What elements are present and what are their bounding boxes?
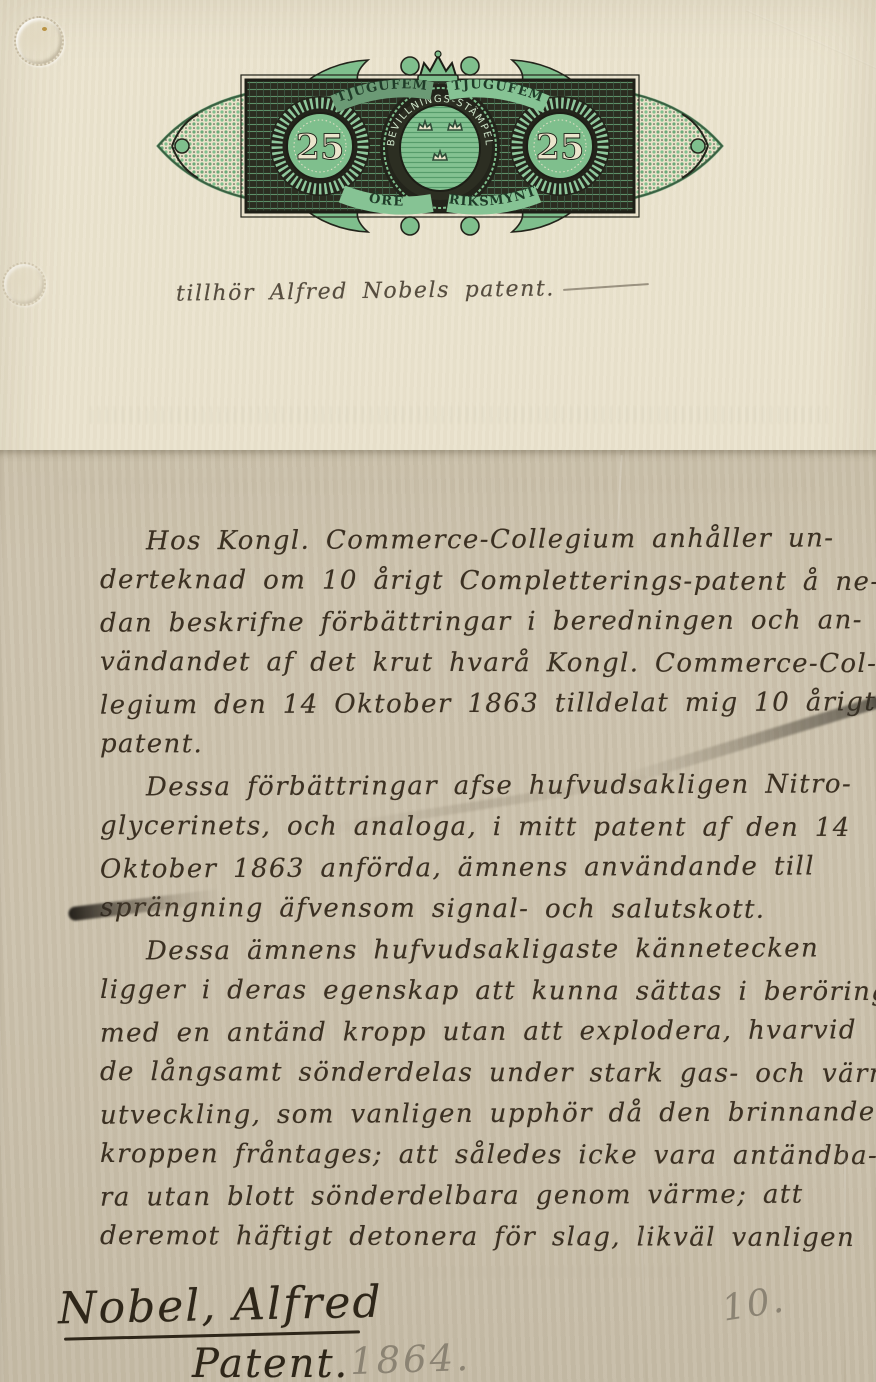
- paper-crease: [746, 10, 876, 73]
- handwritten-line: sprängning äfvensom signal- och salutsko…: [100, 888, 830, 931]
- embossed-seal-icon: [14, 16, 64, 66]
- handwritten-line: vändandet af det krut hvarå Kongl. Comme…: [100, 642, 830, 685]
- denomination-left: 25: [296, 127, 345, 168]
- archive-year-pencil: 1864.: [349, 1336, 471, 1382]
- revenue-stamp: 25 25 BEVILLNINGS-STÄMPEL: [148, 30, 732, 262]
- handwritten-line: de långsamt sönderdelas under stark gas-…: [100, 1052, 830, 1095]
- center-medallion: BEVILLNINGS-STÄMPEL: [380, 84, 500, 212]
- document-scan: 25 25 BEVILLNINGS-STÄMPEL: [0, 0, 876, 1382]
- handwritten-line: utveckling, som vanligen upphör då den b…: [100, 1092, 830, 1136]
- denomination-left-rosette: 25: [270, 96, 370, 196]
- handwritten-line: med en antänd kropp utan att explodera, …: [100, 1010, 830, 1054]
- embossed-seal-icon: [2, 262, 46, 306]
- handwritten-line: ra utan blott sönderdelbara genom värme;…: [100, 1174, 830, 1218]
- handwritten-line: Oktober 1863 anförda, ämnens användande …: [100, 846, 830, 890]
- handwritten-line: derteknad om 10 årigt Completterings-pat…: [100, 560, 830, 603]
- handwritten-line: Dessa ämnens hufvudsakligaste kännetecke…: [100, 928, 830, 972]
- denomination-right: 25: [536, 127, 585, 168]
- archive-category: Patent.: [192, 1341, 349, 1382]
- handwritten-line: kroppen fråntages; att således icke vara…: [100, 1134, 830, 1177]
- handwritten-line: glycerinets, och analoga, i mitt patent …: [100, 806, 830, 849]
- bleed-through: [90, 406, 830, 424]
- letter-body: Hos Kongl. Commerce-Collegium anhåller u…: [100, 520, 830, 1258]
- handwritten-line: patent.: [100, 724, 830, 767]
- handwritten-line: legium den 14 Oktober 1863 tilldelat mig…: [100, 682, 830, 726]
- crown-icon: [418, 51, 458, 82]
- handwritten-line: deremot häftigt detonera för slag, likvä…: [100, 1216, 830, 1259]
- ownership-annotation: tillhör Alfred Nobels patent.: [176, 276, 555, 306]
- wax-speck: [42, 27, 47, 31]
- handwritten-line: ligger i deras egenskap att kunna sättas…: [100, 970, 830, 1013]
- denomination-right-rosette: 25: [510, 96, 610, 196]
- handwritten-line: Hos Kongl. Commerce-Collegium anhåller u…: [100, 518, 830, 562]
- handwritten-line: dan beskrifne förbättringar i beredninge…: [100, 600, 830, 644]
- archive-name: Nobel, Alfred: [58, 1277, 384, 1335]
- handwritten-line: Dessa förbättringar afse hufvudsakligen …: [100, 764, 830, 808]
- pen-flourish: [563, 283, 649, 291]
